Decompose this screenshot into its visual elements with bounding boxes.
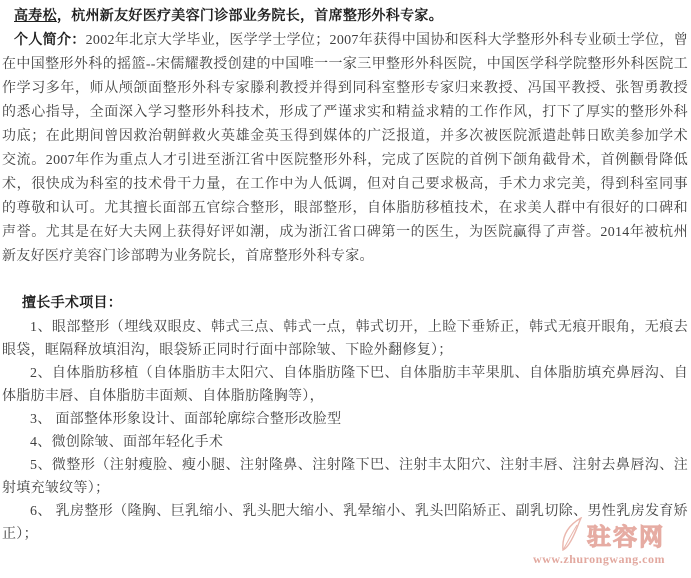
skill-item-4: 4、微创除皱、面部年轻化手术 [2,431,688,454]
profile-text: 2002年北京大学毕业，医学学士学位；2007年获得中国协和医科大学整形外科专业… [2,33,688,264]
article-body: 高寿松，杭州新友好医疗美容门诊部业务院长，首席整形外科专家。 个人简介：2002… [0,0,691,546]
skill-item-3: 3、 面部整体形象设计、面部轮廓综合整形改脸型 [2,408,688,431]
watermark-url: www.zhurongwang.com [533,552,665,567]
skill-item-6: 6、 乳房整形（隆胸、巨乳缩小、乳头肥大缩小、乳晕缩小、乳头凹陷矫正、副乳切除、… [2,500,688,546]
skill-item-2: 2、自体脂肪移植（自体脂肪丰太阳穴、自体脂肪隆下巴、自体脂肪丰苹果肌、自体脂肪填… [2,362,688,408]
doctor-title-text: ，杭州新友好医疗美容门诊部业务院长，首席整形外科专家。 [57,9,443,24]
profile-paragraph: 个人简介：2002年北京大学毕业，医学学士学位；2007年获得中国协和医科大学整… [2,29,688,269]
skills-heading: 擅长手术项目： [2,292,688,316]
profile-label: 个人简介： [14,33,86,48]
doctor-name: 高寿松 [14,9,57,24]
page-title: 高寿松，杭州新友好医疗美容门诊部业务院长，首席整形外科专家。 [2,5,688,29]
skill-item-1: 1、眼部整形（埋线双眼皮、韩式三点、韩式一点，韩式切开，上睑下垂矫正，韩式无痕开… [2,316,688,362]
skill-item-5: 5、微整形（注射瘦脸、瘦小腿、注射隆鼻、注射隆下巴、注射丰太阳穴、注射丰唇、注射… [2,454,688,500]
